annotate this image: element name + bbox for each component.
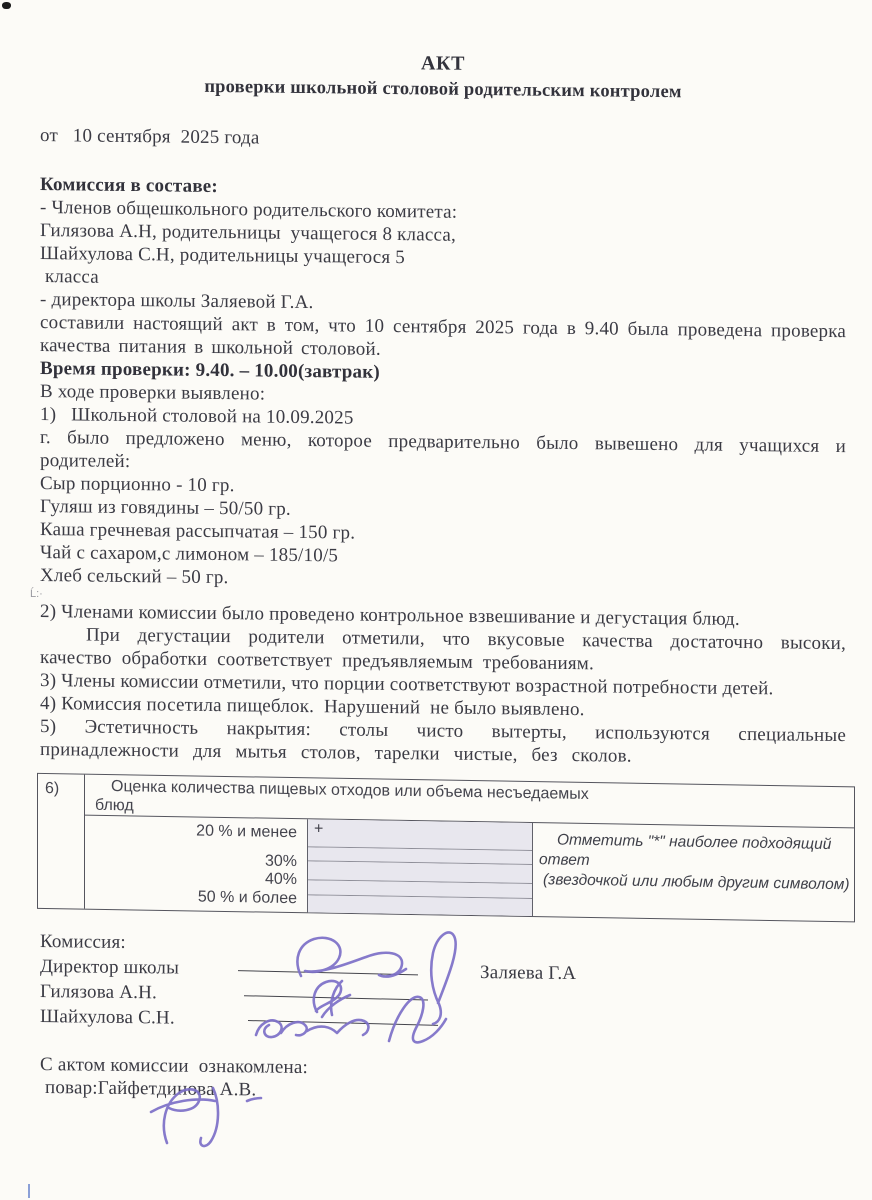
table-note: Отметить "*" наиболее подходящий ответ (… <box>533 823 854 921</box>
answer-cell: + <box>308 819 532 851</box>
table-answer-column: + <box>307 819 533 916</box>
document-body: АКТ проверки школьной столовой родительс… <box>40 46 846 1108</box>
director-name: Заляева Г.А <box>480 960 576 986</box>
table-label: 20 % и менее <box>85 816 297 853</box>
date-line: от 10 сентября 2025 года <box>40 124 846 156</box>
table-main: Оценка количества пищевых отходов или об… <box>85 775 854 922</box>
table-note-line: (звездочкой или любым другим символом) <box>539 870 850 895</box>
table-note-line: Отметить "*" наиболее подходящий ответ <box>539 830 850 875</box>
table-label: 50 % и более <box>85 886 297 911</box>
scan-speck <box>2 2 11 9</box>
table-labels-column: 20 % и менее 30% 40% 50 % и более <box>85 816 307 913</box>
answer-cell <box>308 895 532 916</box>
waste-assessment-table: 6) Оценка количества пищевых отходов или… <box>37 773 855 923</box>
item-5: 5) Эстетичность накрытия: столы чисто вы… <box>40 715 846 770</box>
scanned-act-document: Ĺ:· АКТ проверки школьной столовой родит… <box>0 0 872 1200</box>
signature-block: Комиссия: Директор школы Гилязова А.Н. Ш… <box>40 929 846 1038</box>
scan-edge-mark <box>28 1184 30 1198</box>
table-row-number: 6) <box>38 774 85 909</box>
